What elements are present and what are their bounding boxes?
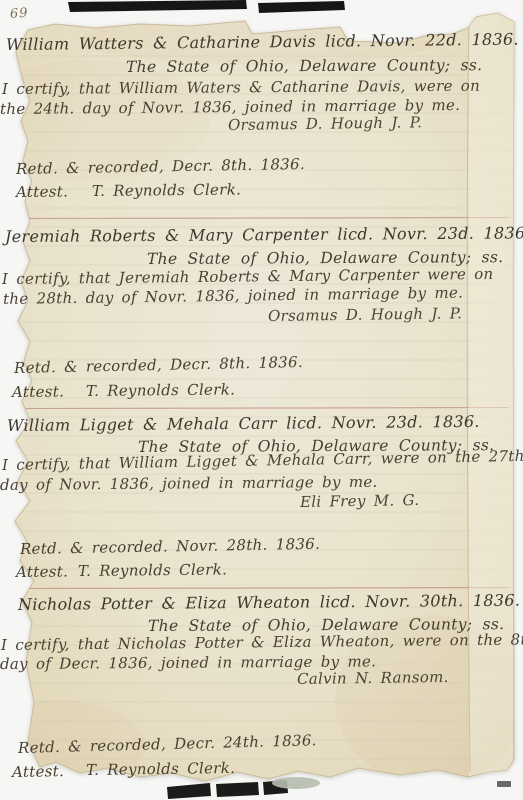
entry-1-attest-label: Attest. [16, 183, 68, 200]
entry-1-jurisdiction: The State of Ohio, Delaware County; ss. [126, 57, 482, 76]
entry-2-clerk: T. Reynolds Clerk. [86, 381, 235, 399]
entry-3-attest-label: Attest. [16, 563, 68, 580]
entry-1-certify-line1: I certify, that William Waters & Cathari… [2, 78, 480, 98]
entry-4-attest-label: Attest. [12, 763, 64, 780]
entry-3-certify-line2: day of Novr. 1836, joined in marriage by… [0, 474, 378, 494]
entry-4-clerk: T. Reynolds Clerk. [86, 760, 235, 779]
scanned-ledger-page: 69 William Watters & Catharine Davis lic… [0, 0, 523, 800]
entry-4-signature: Calvin N. Ransom. [297, 669, 449, 688]
entry-3-clerk: T. Reynolds Clerk. [78, 561, 227, 579]
entry-2-signature: Orsamus D. Hough J. P. [268, 305, 462, 324]
entry-3-signature: Eli Frey M. G. [300, 492, 420, 511]
entry-1-signature: Orsamus D. Hough J. P. [228, 114, 422, 133]
entry-3-heading: William Ligget & Mehala Carr licd. Novr.… [7, 413, 480, 435]
entry-2-heading: Jeremiah Roberts & Mary Carpenter licd. … [5, 224, 523, 245]
page-number: 69 [10, 7, 29, 23]
entry-2-attest-label: Attest. [12, 383, 64, 400]
entry-1-clerk: T. Reynolds Clerk. [92, 181, 241, 199]
